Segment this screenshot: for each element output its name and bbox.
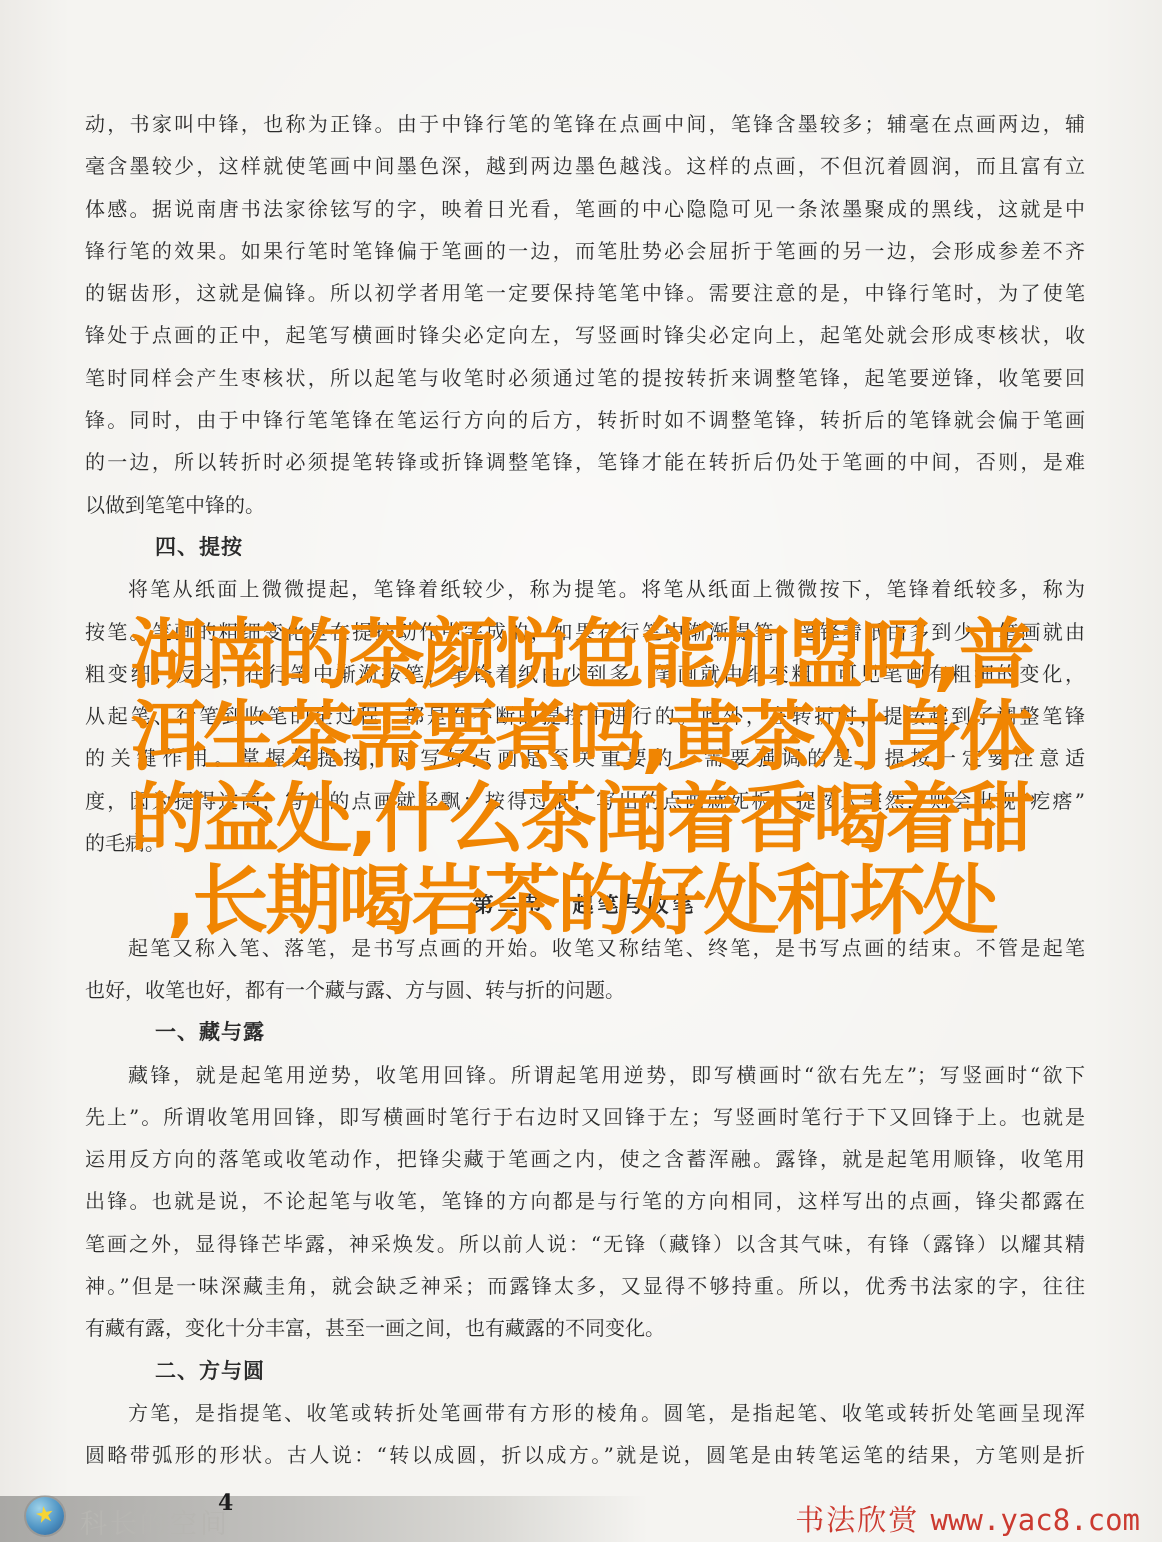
body-line: 方笔，是指提笔、收笔或转折处笔画带有方形的棱角。圆笔，是指起笔、收笔或转折处笔画… [85,1392,1085,1434]
body-line: 锋处于点画的正中，起笔写横画时锋尖必定向左，写竖画时锋尖必定向上，起笔处就会形成… [85,314,1085,356]
site-credit: 书法欣赏 www.yac8.com [795,1498,1140,1539]
subheading-fang: 二、方与圆 [85,1350,1085,1392]
body-line: 起笔又称入笔、落笔，是书写点画的开始。收笔又称结笔、终笔，是书写点画的结束。不管… [85,927,1085,969]
body-line: 以做到笔笔中锋的。 [85,484,1085,526]
body-line: 也好，收笔也好，都有一个藏与露、方与圆、转与折的问题。 [85,969,1085,1011]
body-line: 度，因为提得过高，写出的点画就轻飘；按得过低，写出的点画就死板，提按太突然，则会… [85,780,1085,822]
body-line: 动，书家叫中锋，也称为正锋。由于中锋行笔的笔锋在点画中间，笔锋含墨较多；辅毫在点… [85,103,1085,145]
body-line: 出锋。也就是说，不论起笔与收笔，笔锋的方向都是与行笔的方向相同，这样写出的点画，… [85,1180,1085,1222]
page-text-column: 动，书家叫中锋，也称为正锋。由于中锋行笔的笔锋在点画中间，笔锋含墨较多；辅毫在点… [85,103,1085,1477]
site-name: 书法欣赏 [795,1503,919,1537]
body-line: 的毛病。 [85,822,1085,864]
body-line: 锋行笔的效果。如果行笔时笔锋偏于笔画的一边，而笔肚势必会屈折于笔画的另一边，会形… [85,230,1085,272]
body-line: 藏锋，就是起笔用逆势，收笔用回锋。所谓起笔用逆势，即写横画时“欲右先左”；写竖画… [85,1054,1085,1096]
body-line: 按笔。笔画的粗细变化是在提按动作中完成的，如果在行笔中渐渐提笔，笔锋着纸由多到少… [85,611,1085,653]
site-url: www.yac8.com [930,1503,1140,1537]
watermark-text: 科长的空间 [80,1502,230,1541]
body-line: 毫含墨较少，这样就使笔画中间墨色深，越到两边墨色越浅。这样的点画，不但沉着圆润，… [85,145,1085,187]
body-line: 笔画之外，显得锋芒毕露，神采焕发。所以前人说：“无锋（藏锋）以含其气味，有锋（露… [85,1223,1085,1265]
body-line-occluded: 的关键作用。掌握好提按，对写好点画是至关重要的。需要强调的是，提按一定要注意适 [85,737,1085,779]
body-line: 笔时同样会产生枣核状，所以起笔与收笔时必须通过笔的提按转折来调整笔锋，起笔要逆锋… [85,357,1085,399]
body-line: 体感。据说南唐书法家徐铉写的字，映着日光看，笔画的中心隐隐可见一条浓墨聚成的黑线… [85,188,1085,230]
body-line: 圆略带弧形的形状。古人说：“转以成圆，折以成方。”就是说，圆笔是由转笔运笔的结果… [85,1434,1085,1476]
body-line: 的一边，所以转折时必须提笔转锋或折锋调整笔锋，笔锋才能在转折后仍处于笔画的中间，… [85,441,1085,483]
body-line-occluded: 粗变细；反之，在行笔中渐渐按笔，笔锋着纸由少到多，笔画就由细变粗。可见笔画有粗细… [85,653,1085,695]
subheading-cang: 一、藏与露 [85,1011,1085,1053]
subheading-tian: 四、提按 [85,526,1085,568]
body-line: 锋。同时，由于中锋行笔笔锋在笔运行方向的后方，转折时如不调整笔锋，转折后的笔锋就… [85,399,1085,441]
body-line: 的锯齿形，这就是偏锋。所以初学者用笔一定要保持笔笔中锋。需要注意的是，中锋行笔时… [85,272,1085,314]
section-heading: 第二节 起笔与收笔 [85,884,1085,926]
body-line: 从起笔、行笔到收笔的全过程，都是在不断的提按中进行的。此外，在转折时，提按起到了… [85,695,1085,737]
body-line: 将笔从纸面上微微提起，笔锋着纸较少，称为提笔。将笔从纸面上微微按下，笔锋着纸较多… [85,568,1085,610]
body-line: 运用反方向的落笔或收笔动作，把锋尖藏于笔画之内，使之含蓄浑融。露锋，就是起笔用顺… [85,1138,1085,1180]
body-line: 有藏有露，变化十分丰富，甚至一画之间，也有藏露的不同变化。 [85,1307,1085,1349]
body-line: 神。”但是一味深藏圭角，就会缺乏神采；而露锋太多，又显得不够持重。所以，优秀书法… [85,1265,1085,1307]
body-line: 先上”。所谓收笔用回锋，即写横画时笔行于右边时又回锋于左；写竖画时笔行于下又回锋… [85,1096,1085,1138]
star-glyph: ★ [33,1503,56,1528]
watermark-logo-icon: ★ [26,1497,64,1535]
